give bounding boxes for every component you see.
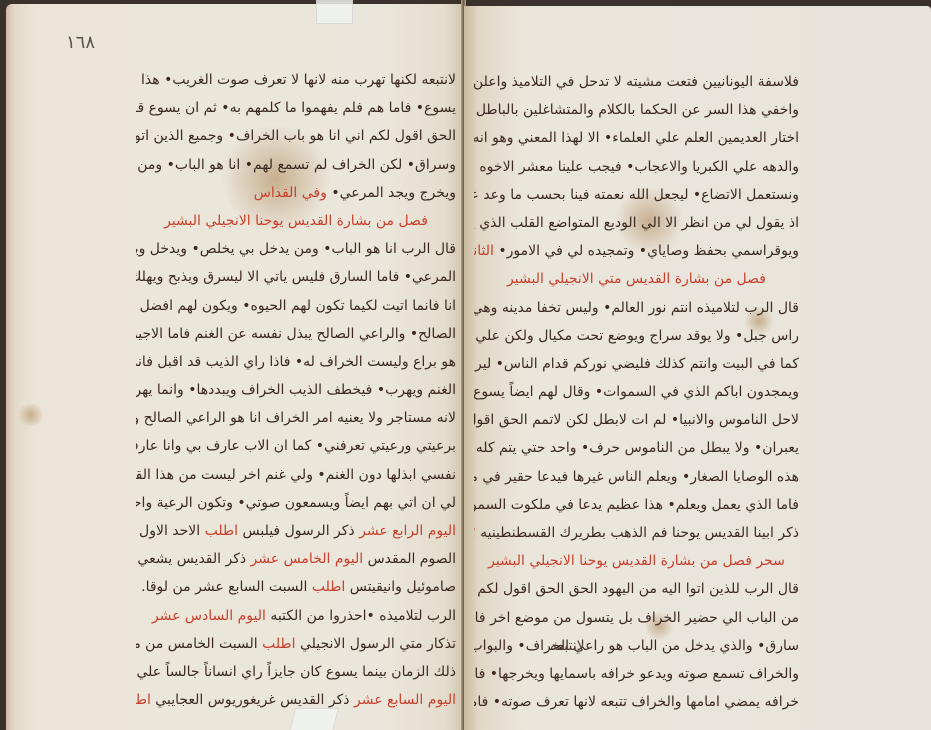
body-text: ونستعمل الاتضاع• ليجعل الله نعمته فينا ب…	[474, 187, 799, 203]
body-text: لانتبعه لكنها تهرب منه لانها لا تعرف صوت…	[136, 72, 456, 88]
manuscript-line: الرب لتلاميذه •احذروا من الكتبه اليوم ال…	[136, 602, 456, 630]
rubric-text: وفي القداس	[254, 185, 327, 201]
body-text: خرافه يمضي امامها والخراف تتبعه لانها تع…	[474, 694, 799, 710]
body-text: وسراق• لكن الخراف لم تسمع لهم• انا هو ال…	[136, 157, 456, 173]
body-text: لانه مستاجر ولا يعنيه امر الخراف انا هو …	[136, 410, 456, 426]
folio-number: ١٦٨	[66, 32, 95, 53]
manuscript-line: كما في البيت وانتم كذلك فليضي نوركم قدام…	[474, 350, 799, 378]
body-text: هذه الوصايا الصغار• ويعلم الناس غيرها في…	[474, 469, 799, 485]
manuscript-line: هو براع وليست الخراف له• فاذا راي الذيب …	[136, 348, 456, 376]
manuscript-line: قال الرب للذين اتوا اليه من اليهود الحق …	[474, 575, 799, 603]
body-text: كما في البيت وانتم كذلك فليضي نوركم قدام…	[474, 356, 799, 372]
body-text: سارق• والذي يدخل من الباب هو راعي الخراف…	[474, 638, 799, 654]
manuscript-line: تذكار متي الرسول الانجيلي اطلب السبت الخ…	[136, 630, 456, 658]
manuscript-line: وسراق• لكن الخراف لم تسمع لهم• انا هو ال…	[136, 151, 456, 179]
tape-strip	[289, 708, 339, 730]
manuscript-line: انا فانما اتيت لكيما تكون لهم الحيوه• وي…	[136, 292, 456, 320]
body-text: لي ان اتي بهم ايضاً ويسمعون صوتي• وتكون …	[136, 495, 456, 511]
manuscript-line: اذ يقول لي من انظر الا الي الوديع المتوا…	[474, 209, 799, 237]
body-text: من الباب الي حضير الخراف بل يتسول من موض…	[474, 610, 799, 626]
body-text: الاحد الاول من	[136, 523, 200, 539]
body-text: السبت السابع عشر من لوقا. قال	[136, 579, 307, 595]
manuscript-line: من الباب الي حضير الخراف بل يتسول من موض…	[474, 604, 799, 632]
body-text: ويمجدون اباكم الذي في السموات• وقال لهم …	[474, 384, 799, 400]
body-text: واخفي هذا السر عن الحكما بالكلام والمتشا…	[474, 102, 799, 118]
manuscript-line: فصل من بشارة القديس متي الانجيلي البشير	[474, 265, 799, 293]
manuscript-line: ويوقراسمي بحفظ وصاياي• وتمجيده لي في الا…	[474, 237, 799, 265]
manuscript-line: يسوع• فاما هم فلم يفهموا ما كلمهم به• ثم…	[136, 94, 456, 122]
right-page-text: فلاسفة اليونانيين فتعت مشيته لا تدحل في …	[474, 68, 799, 716]
manuscript-line: سحر فصل من بشارة القديس يوحنا الانجيلي ا…	[474, 547, 799, 575]
manuscript-line: لي ان اتي بهم ايضاً ويسمعون صوتي• وتكون …	[136, 489, 456, 517]
body-text: السبت الخامس من متي• في	[136, 636, 258, 652]
manuscript-line: خرافه يمضي امامها والخراف تتبعه لانها تع…	[474, 688, 799, 716]
manuscript-line: هذه الوصايا الصغار• ويعلم الناس غيرها في…	[474, 463, 799, 491]
body-text: والخراف تسمع صوته ويدعو خرافه باسمايها و…	[474, 666, 799, 682]
body-text: الرب لتلاميذه •احذروا من الكتبه	[266, 608, 456, 624]
manuscript-line: يعبران• ولا يبطل من الناموس حرف• واحد حت…	[474, 434, 799, 462]
body-text: اذ يقول لي من انظر الا الي الوديع المتوا…	[474, 215, 799, 231]
manuscript-line: فلاسفة اليونانيين فتعت مشيته لا تدحل في …	[474, 68, 799, 96]
manuscript-line: لانه مستاجر ولا يعنيه امر الخراف انا هو …	[136, 404, 456, 432]
rubric-text: اليوم السادس عشر	[152, 608, 266, 624]
manuscript-line: الصالح• والراعي الصالح يبذل نفسه عن الغن…	[136, 320, 456, 348]
rubric-heading: فصل من بشارة القديس متي الانجيلي البشير	[507, 271, 766, 287]
manuscript-line: ويمجدون اباكم الذي في السموات• وقال لهم …	[474, 378, 799, 406]
body-text: والدهه علي الكبريا والاعجاب• فيجب علينا …	[474, 159, 799, 175]
catchword: لانتبعه	[550, 638, 585, 654]
rubric-text: اطلب	[200, 523, 238, 539]
body-text: ذكر ابينا القديس يوحنا فم الذهب بطريرك ا…	[476, 525, 799, 541]
manuscript-line: قال الرب لتلاميذه انتم نور العالم• وليس …	[474, 294, 799, 322]
manuscript-spread: ١٦٨ لانتبعه لكنها تهرب منه لانها لا تعرف…	[0, 0, 931, 730]
manuscript-line: لانتبعه لكنها تهرب منه لانها لا تعرف صوت…	[136, 66, 456, 94]
rubric-text: اليوم السابع عشر	[350, 692, 456, 708]
body-text: الغنم ويهرب• فيخطف الذيب الخراف ويبددها•…	[136, 382, 456, 398]
right-page: فلاسفة اليونانيين فتعت مشيته لا تدحل في …	[464, 6, 931, 730]
body-text: قال الرب انا هو الباب• ومن يدخل بي يخلص•…	[136, 241, 456, 257]
manuscript-line: نفسي ابذلها دون الغنم• ولي غنم اخر ليست …	[136, 461, 456, 489]
manuscript-line: الغنم ويهرب• فيخطف الذيب الخراف ويبددها•…	[136, 376, 456, 404]
manuscript-line: صاموئيل وانيقيتس اطلب السبت السابع عشر م…	[136, 573, 456, 601]
manuscript-line: اليوم الرابع عشر ذكر الرسول فيلبس اطلب ا…	[136, 517, 456, 545]
manuscript-line: فصل من بشارة القديس يوحنا الانجيلي البشي…	[136, 207, 456, 235]
body-text: اختار العديمين العلم علي العلماء• الا له…	[474, 130, 799, 146]
body-text: قال الرب لتلاميذه انتم نور العالم• وليس …	[474, 300, 799, 316]
manuscript-line: لاحل الناموس والانبيا• لم ات لابطل لكن ل…	[474, 406, 799, 434]
manuscript-line: الصوم المقدس اليوم الخامس عشر ذكر القديس…	[136, 545, 456, 573]
body-text: الصوم المقدس	[363, 551, 456, 567]
body-text: ذكر القديس يشعي عوزيا و	[136, 551, 246, 567]
rubric-text: اطلب	[136, 692, 151, 708]
rubric-margin-note: سحر	[752, 553, 785, 569]
manuscript-line: راس جبل• ولا يوقد سراج ويوضع تحت مكيال و…	[474, 322, 799, 350]
body-text: الصالح• والراعي الصالح يبذل نفسه عن الغن…	[136, 326, 456, 342]
body-text: انا فانما اتيت لكيما تكون لهم الحيوه• وي…	[136, 298, 456, 314]
rubric-text: اطلب	[258, 636, 296, 652]
tape-strip	[316, 0, 353, 24]
manuscript-line: والخراف تسمع صوته ويدعو خرافه باسمايها و…	[474, 660, 799, 688]
manuscript-line: واخفي هذا السر عن الحكما بالكلام والمتشا…	[474, 96, 799, 124]
left-page-text: لانتبعه لكنها تهرب منه لانها لا تعرف صوت…	[136, 66, 456, 714]
manuscript-line: برعيتي ورعيتي تعرفني• كما ان الاب عارف ب…	[136, 432, 456, 460]
body-text: الحق اقول لكم اني انا هو باب الخراف• وجم…	[136, 128, 456, 144]
manuscript-line: ويخرج ويجد المرعي• وفي القداس	[136, 179, 456, 207]
rubric-heading: فصل من بشارة القديس يوحنا الانجيلي البشي…	[488, 553, 752, 569]
rubric-text: اليوم الرابع عشر	[355, 523, 456, 539]
body-text: المرعي• فاما السارق فليس ياتي الا ليسرق …	[136, 269, 456, 285]
body-text: قال الرب للذين اتوا اليه من اليهود الحق …	[474, 581, 799, 597]
manuscript-line: اختار العديمين العلم علي العلماء• الا له…	[474, 124, 799, 152]
body-text: ذلك الزمان بينما يسوع كان جايزاً راي انس…	[136, 664, 456, 680]
body-text: يعبران• ولا يبطل من الناموس حرف• واحد حت…	[474, 440, 799, 456]
body-text: هو براع وليست الخراف له• فاذا راي الذيب …	[136, 354, 456, 370]
body-text: ذكر الرسول فيلبس	[238, 523, 355, 539]
manuscript-line: الحق اقول لكم اني انا هو باب الخراف• وجم…	[136, 122, 456, 150]
body-text: برعيتي ورعيتي تعرفني• كما ان الاب عارف ب…	[136, 438, 456, 454]
body-text: ويخرج ويجد المرعي•	[327, 185, 456, 201]
manuscript-line: ذلك الزمان بينما يسوع كان جايزاً راي انس…	[136, 658, 456, 686]
body-text: تذكار متي الرسول الانجيلي	[296, 636, 456, 652]
water-stain	[16, 404, 46, 426]
manuscript-line: ذكر ابينا القديس يوحنا فم الذهب بطريرك ا…	[474, 519, 799, 547]
rubric-text: الثاني عشر	[474, 243, 494, 259]
body-text: يسوع• فاما هم فلم يفهموا ما كلمهم به• ثم…	[136, 100, 456, 116]
manuscript-line: المرعي• فاما السارق فليس ياتي الا ليسرق …	[136, 263, 456, 291]
body-text: نفسي ابذلها دون الغنم• ولي غنم اخر ليست …	[136, 467, 456, 483]
body-text: فاما الذي يعمل ويعلم• هذا عظيم يدعا في م…	[474, 497, 799, 513]
body-text: لاحل الناموس والانبيا• لم ات لابطل لكن ل…	[474, 412, 799, 428]
body-text: راس جبل• ولا يوقد سراج ويوضع تحت مكيال و…	[474, 328, 799, 344]
body-text: ويوقراسمي بحفظ وصاياي• وتمجيده لي في الا…	[494, 243, 799, 259]
body-text: صاموئيل وانيقيتس	[345, 579, 456, 595]
body-text: فلاسفة اليونانيين فتعت مشيته لا تدحل في …	[474, 74, 799, 90]
manuscript-line: ونستعمل الاتضاع• ليجعل الله نعمته فينا ب…	[474, 181, 799, 209]
manuscript-line: قال الرب انا هو الباب• ومن يدخل بي يخلص•…	[136, 235, 456, 263]
body-text: ذكر القديس غريغوريوس العجايبي	[151, 692, 350, 708]
manuscript-line: سارق• والذي يدخل من الباب هو راعي الخراف…	[474, 632, 799, 660]
rubric-text: اليوم الخامس عشر	[246, 551, 363, 567]
manuscript-line: فاما الذي يعمل ويعلم• هذا عظيم يدعا في م…	[474, 491, 799, 519]
left-page: ١٦٨ لانتبعه لكنها تهرب منه لانها لا تعرف…	[6, 4, 464, 730]
rubric-text: اطلب	[307, 579, 345, 595]
rubric-heading: فصل من بشارة القديس يوحنا الانجيلي البشي…	[164, 213, 428, 229]
manuscript-line: والدهه علي الكبريا والاعجاب• فيجب علينا …	[474, 153, 799, 181]
